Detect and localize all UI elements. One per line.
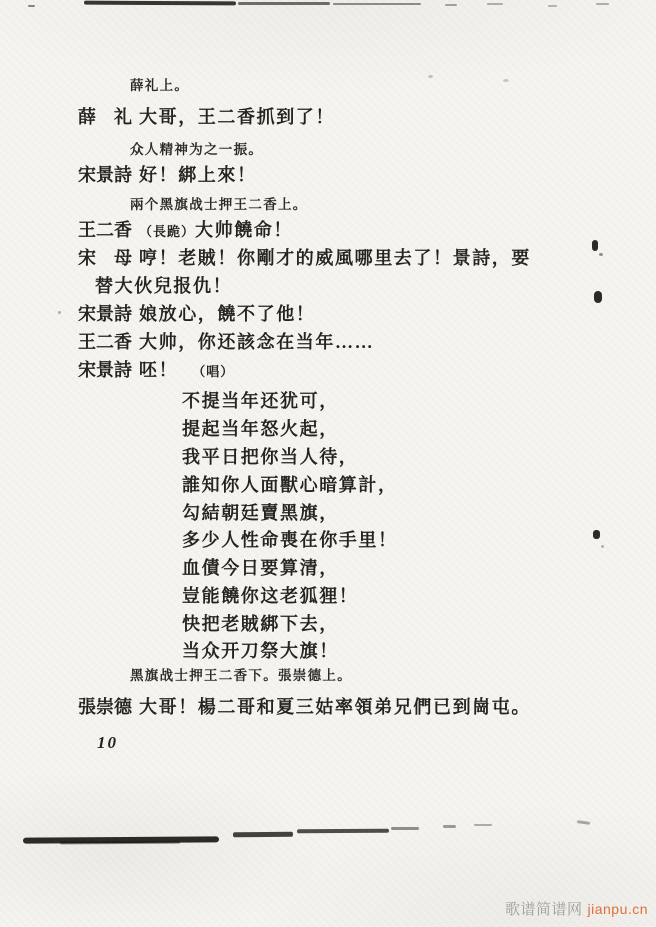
speech-text: 大哥，王二香抓到了！ xyxy=(139,107,335,127)
verse-line: 我平日把你当人待， xyxy=(182,447,358,468)
dialogue-line: 宋 母哼！老賊！你剛才的威風哪里去了！景詩，要 xyxy=(78,248,531,269)
speech-text: 大哥！楊二哥和夏三姑率領弟兄們已到崗屯。 xyxy=(139,697,531,717)
stage-note-inline: （長跪） xyxy=(139,224,195,239)
scan-smudge xyxy=(391,827,419,830)
verse-line: 血債今日要算清， xyxy=(182,558,339,579)
ink-speck xyxy=(593,530,600,539)
watermark-site-url: jianpu.cn xyxy=(588,901,649,917)
speech-text: 哼！老賊！你剛才的威風哪里去了！景詩，要 xyxy=(139,248,531,268)
ink-speck xyxy=(503,79,509,82)
dialogue-line: 宋景詩好！綁上來！ xyxy=(78,165,257,186)
speech-text: 大帅，你还該念在当年…… xyxy=(139,332,374,352)
speech-text: 大帅饒命！ xyxy=(195,220,293,240)
watermark-site-name: 歌谱简谱网 xyxy=(505,902,583,918)
watermark: 歌谱简谱网jianpu.cn xyxy=(505,898,648,919)
ink-speck xyxy=(592,240,598,251)
speaker-name: 王二香 xyxy=(78,332,133,353)
dialogue-line: 薛 礼大哥，王二香抓到了！ xyxy=(78,107,335,128)
dialogue-wrap-line: 替大伙兒报仇！ xyxy=(95,276,232,297)
ink-speck xyxy=(594,291,602,303)
speaker-name: 宋景詩 xyxy=(78,165,133,186)
scan-smudge xyxy=(84,1,236,6)
speaker-name: 張崇德 xyxy=(78,697,133,718)
stage-direction: 兩个黑旗战士押王二香上。 xyxy=(130,197,308,213)
dialogue-line: 宋景詩娘放心，饒不了他！ xyxy=(78,304,315,325)
stage-direction: 众人精神为之一振。 xyxy=(130,142,263,158)
speech-text: 呸！ xyxy=(139,360,178,380)
speaker-name: 宋景詩 xyxy=(78,304,133,325)
dialogue-line: 張崇德大哥！楊二哥和夏三姑率領弟兄們已到崗屯。 xyxy=(78,697,531,718)
ink-speck xyxy=(601,545,604,548)
stage-direction: 薛礼上。 xyxy=(130,78,189,94)
verse-line: 勾結朝廷賣黑旗， xyxy=(182,503,339,524)
scan-smudge xyxy=(28,5,35,7)
speaker-name: 薛 礼 xyxy=(78,107,133,128)
ink-speck xyxy=(599,253,603,256)
speaker-name: 王二香 xyxy=(78,220,133,241)
scan-smudge xyxy=(233,832,293,838)
scan-smudge xyxy=(445,4,457,6)
scan-smudge xyxy=(443,825,456,828)
verse-line: 誰知你人面獸心暗算計， xyxy=(182,475,398,496)
scan-smudge xyxy=(297,829,389,834)
scan-smudge xyxy=(596,3,609,5)
verse-line: 快把老賊綁下去， xyxy=(182,614,339,635)
scan-smudge xyxy=(548,5,557,7)
verse-line: 豈能饒你这老狐狸！ xyxy=(182,586,358,607)
scan-smudge xyxy=(238,2,330,5)
verse-line: 多少人性命喪在你手里！ xyxy=(182,530,398,551)
dialogue-line: 王二香大帅，你还該念在当年…… xyxy=(78,332,374,353)
scan-smudge xyxy=(487,3,503,5)
ink-speck xyxy=(58,311,61,314)
verse-line: 不提当年还犹可， xyxy=(182,391,339,412)
dialogue-line: 宋景詩呸！（唱） xyxy=(78,360,234,381)
dialogue-line: 王二香（長跪）大帅饒命！ xyxy=(78,220,293,241)
speech-text: 娘放心，饒不了他！ xyxy=(139,304,315,324)
sing-cue: （唱） xyxy=(192,364,234,379)
speaker-name: 宋 母 xyxy=(78,248,133,269)
scan-smudge xyxy=(333,3,421,5)
scan-smudge xyxy=(577,820,590,825)
verse-line: 当众开刀祭大旗！ xyxy=(182,641,339,662)
speaker-name: 宋景詩 xyxy=(78,360,133,381)
scan-smudge xyxy=(474,824,492,826)
page-number: 10 xyxy=(97,733,118,753)
verse-line: 提起当年怒火起， xyxy=(182,419,339,440)
ink-speck xyxy=(428,75,433,78)
stage-direction: 黑旗战士押王二香下。張崇德上。 xyxy=(130,668,352,684)
scanned-script-page: 薛礼上。 薛 礼大哥，王二香抓到了！ 众人精神为之一振。 宋景詩好！綁上來！ 兩… xyxy=(0,0,656,927)
scan-smudge xyxy=(60,841,180,845)
speech-text: 好！綁上來！ xyxy=(139,165,257,185)
